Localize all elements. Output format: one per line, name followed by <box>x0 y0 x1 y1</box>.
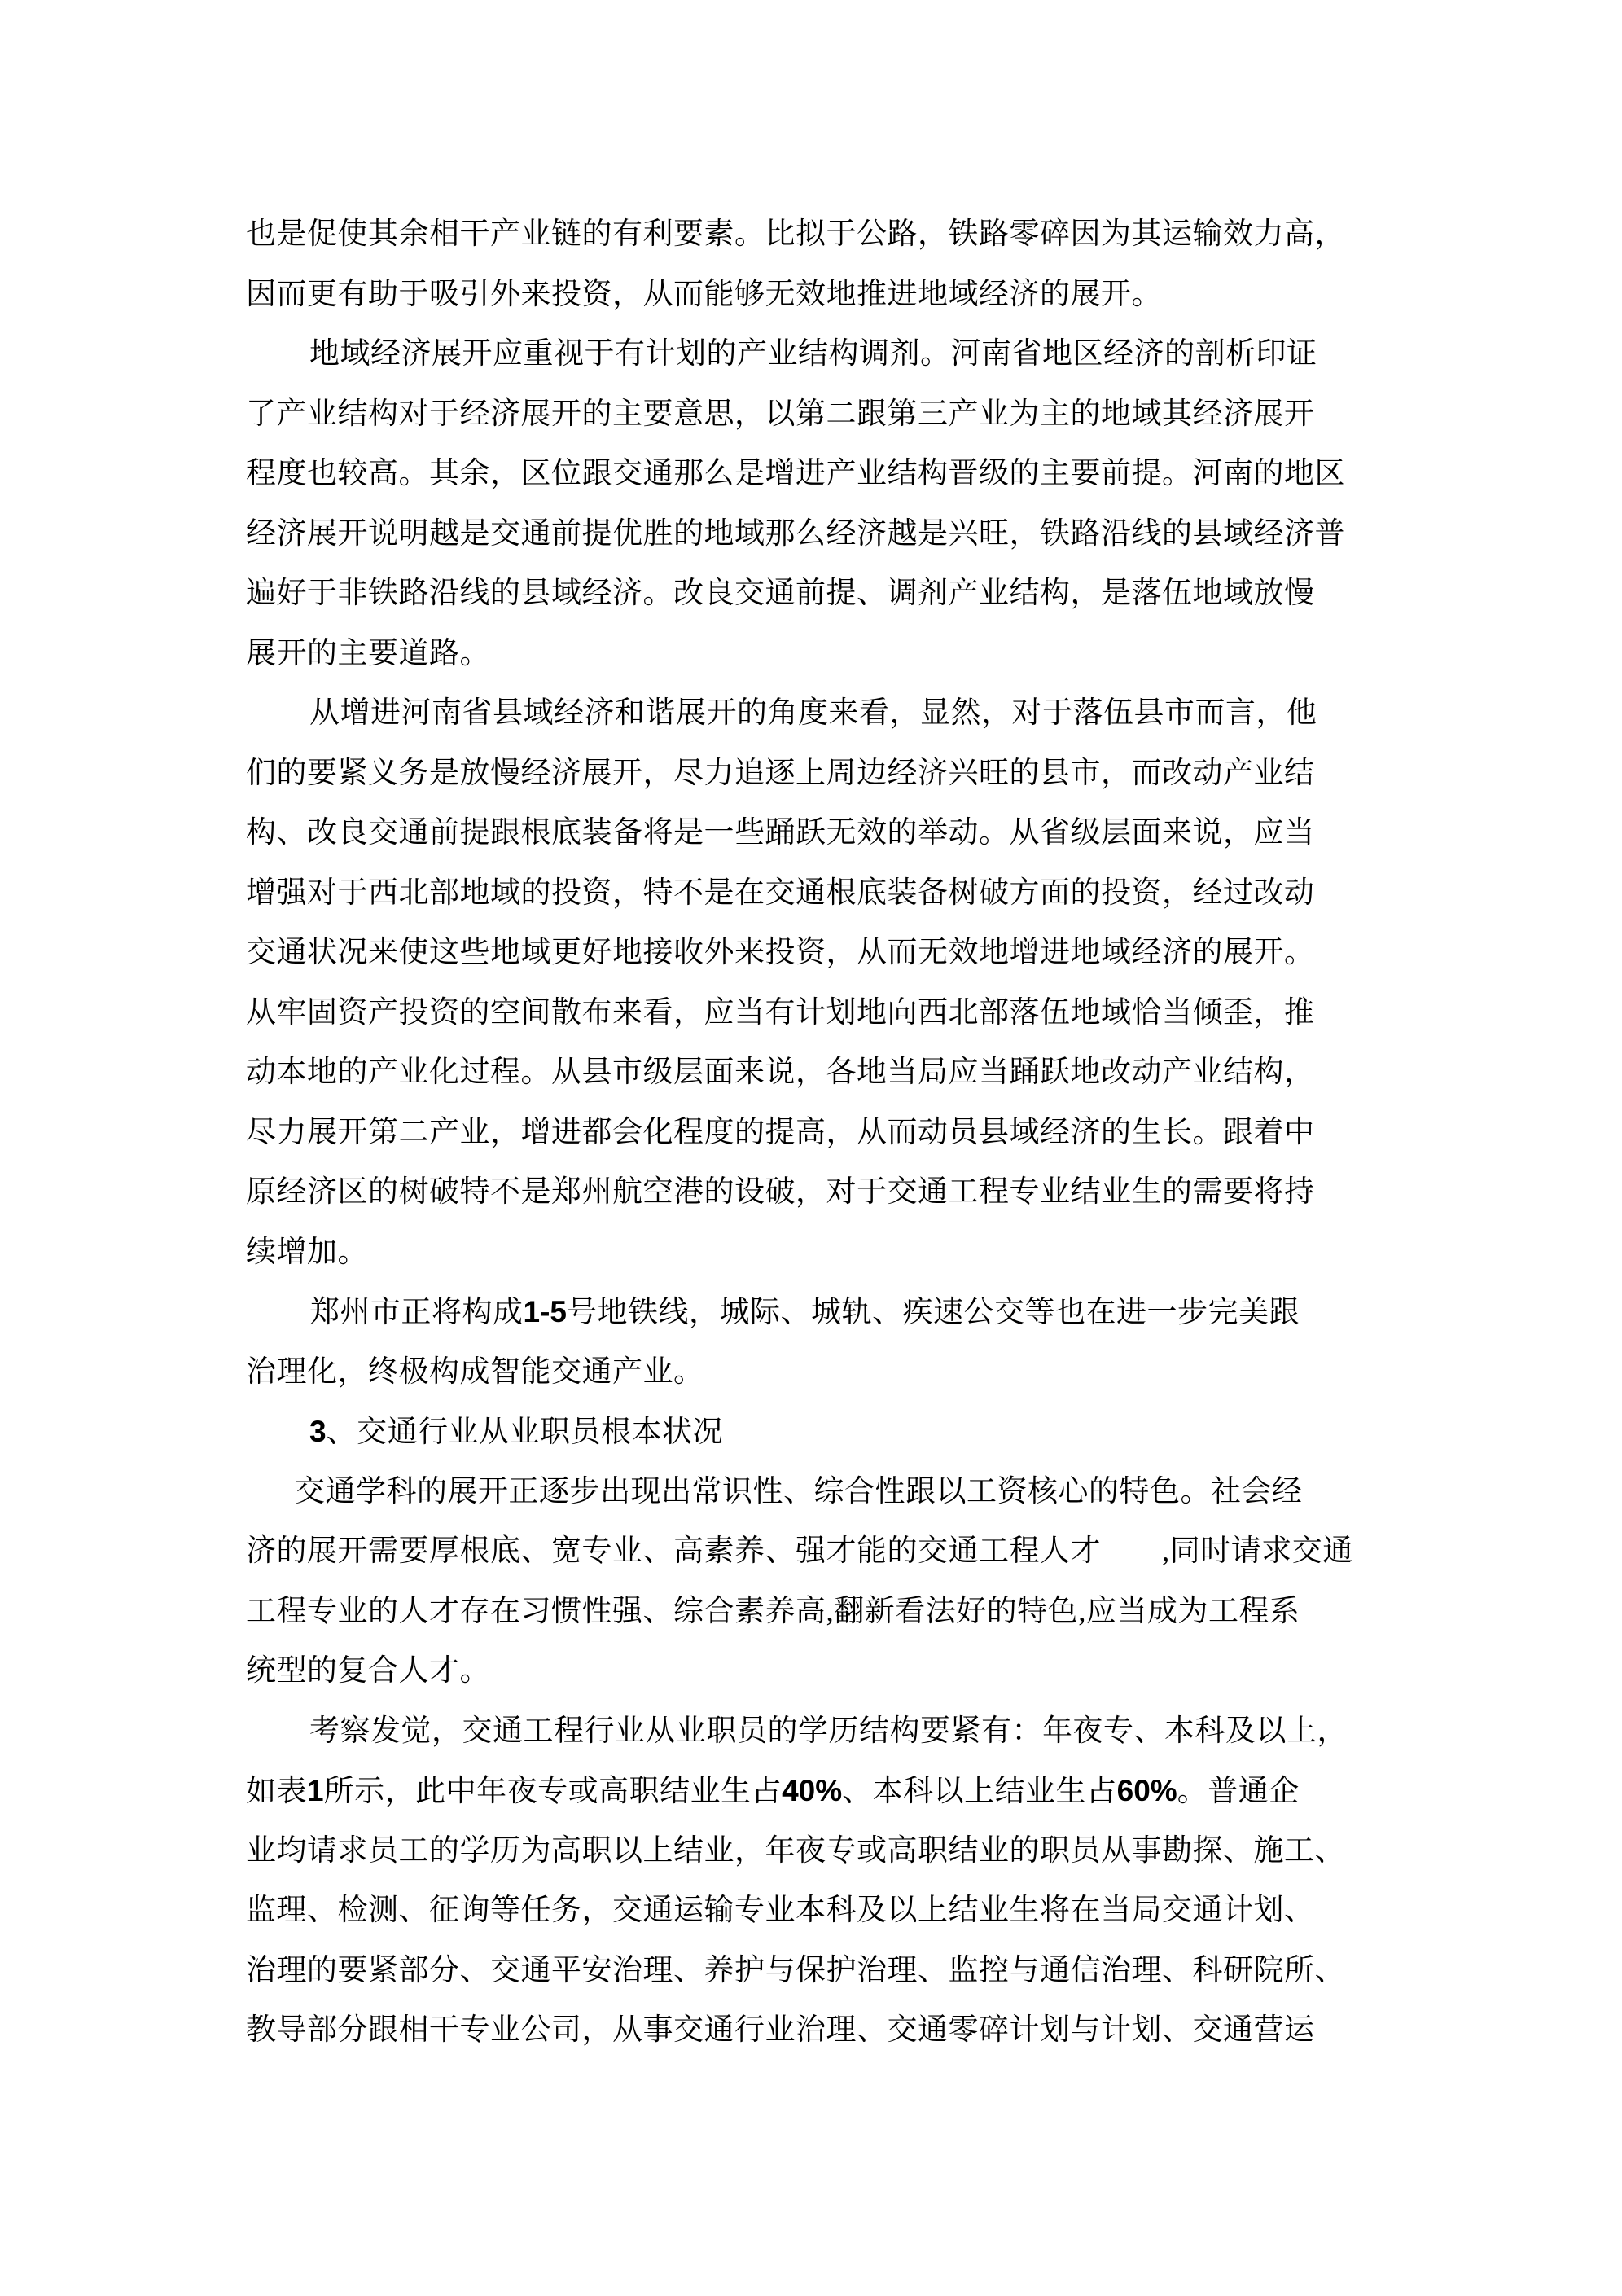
text-line: 治理化，终极构成智能交通产业。 <box>246 1342 1353 1403</box>
text-line: 程度也较高。其余，区位跟交通那么是增进产业结构晋级的主要前提。河南的地区 <box>246 444 1353 504</box>
text-line: 续增加。 <box>246 1223 1353 1283</box>
text-line: 也是促使其余相干产业链的有利要素。比拟于公路，铁路零碎因为其运输效力高， <box>246 204 1353 265</box>
text-line: 交通学科的展开正逐步出现出常识性、综合性跟以工资核心的特色。社会经 <box>246 1462 1353 1522</box>
text-line: 交通状况来使这些地域更好地接收外来投资，从而无效地增进地域经济的展开。 <box>246 923 1353 983</box>
text-line: 尽力展开第二产业，增进都会化程度的提高，从而动员县域经济的生长。跟着中 <box>246 1103 1353 1163</box>
paragraph: 从增进河南省县域经济和谐展开的角度来看，显然，对于落伍县市而言，他 们的要紧义务… <box>246 683 1353 1282</box>
paragraph: 交通学科的展开正逐步出现出常识性、综合性跟以工资核心的特色。社会经 济的展开需要… <box>246 1462 1353 1701</box>
paragraph: 考察发觉，交通工程行业从业职员的学历结构要紧有：年夜专、本科及以上， 如表1所示… <box>246 1701 1353 2061</box>
text-line: 地域经济展开应重视于有计划的产业结构调剂。河南省地区经济的剖析印证 <box>246 324 1353 384</box>
text-line: 了产业结构对于经济展开的主要意思，以第二跟第三产业为主的地域其经济展开 <box>246 384 1353 445</box>
text-line: 治理的要紧部分、交通平安治理、养护与保护治理、监控与通信治理、科研院所、 <box>246 1941 1353 2001</box>
section-heading-line: 3、交通行业从业职员根本状况 <box>246 1402 1353 1462</box>
text-line: 郑州市正将构成1-5号地铁线，城际、城轨、疾速公交等也在进一步完美跟 <box>246 1282 1353 1342</box>
paragraph: 地域经济展开应重视于有计划的产业结构调剂。河南省地区经济的剖析印证 了产业结构对… <box>246 324 1353 683</box>
text-line: 从牢固资产投资的空间散布来看，应当有计划地向西北部落伍地域恰当倾歪，推 <box>246 983 1353 1043</box>
text-line: 教导部分跟相干专业公司，从事交通行业治理、交通零碎计划与计划、交通营运 <box>246 2000 1353 2061</box>
document-text-block: 也是促使其余相干产业链的有利要素。比拟于公路，铁路零碎因为其运输效力高， 因而更… <box>246 204 1353 2061</box>
section-heading: 3、交通行业从业职员根本状况 <box>246 1402 1353 1462</box>
text-line: 如表1所示，此中年夜专或高职结业生占40%、本科以上结业生占60%。普通企 <box>246 1761 1353 1821</box>
text-line: 统型的复合人才。 <box>246 1641 1353 1701</box>
text-line: 构、改良交通前提跟根底装备将是一些踊跃无效的举动。从省级层面来说，应当 <box>246 803 1353 863</box>
text-line: 工程专业的人才存在习惯性强、综合素养高,翻新看法好的特色,应当成为工程系 <box>246 1582 1353 1642</box>
text-line: 遍好于非铁路沿线的县域经济。改良交通前提、调剂产业结构，是落伍地域放慢 <box>246 564 1353 624</box>
text-line: 监理、检测、征询等任务，交通运输专业本科及以上结业生将在当局交通计划、 <box>246 1881 1353 1941</box>
text-line: 原经济区的树破特不是郑州航空港的设破，对于交通工程专业结业生的需要将持 <box>246 1162 1353 1223</box>
text-line: 考察发觉，交通工程行业从业职员的学历结构要紧有：年夜专、本科及以上， <box>246 1701 1353 1762</box>
text-line: 展开的主要道路。 <box>246 624 1353 684</box>
paragraph: 也是促使其余相干产业链的有利要素。比拟于公路，铁路零碎因为其运输效力高， 因而更… <box>246 204 1353 324</box>
text-line: 业均请求员工的学历为高职以上结业，年夜专或高职结业的职员从事勘探、施工、 <box>246 1821 1353 1881</box>
paragraph: 郑州市正将构成1-5号地铁线，城际、城轨、疾速公交等也在进一步完美跟 治理化，终… <box>246 1282 1353 1402</box>
text-line: 从增进河南省县域经济和谐展开的角度来看，显然，对于落伍县市而言，他 <box>246 683 1353 744</box>
text-line: 因而更有助于吸引外来投资，从而能够无效地推进地域经济的展开。 <box>246 265 1353 325</box>
text-line: 动本地的产业化过程。从县市级层面来说，各地当局应当踊跃地改动产业结构， <box>246 1043 1353 1103</box>
document-page: 也是促使其余相干产业链的有利要素。比拟于公路，铁路零碎因为其运输效力高， 因而更… <box>0 0 1622 2296</box>
text-line: 们的要紧义务是放慢经济展开，尽力追逐上周边经济兴旺的县市，而改动产业结 <box>246 744 1353 804</box>
text-line: 经济展开说明越是交通前提优胜的地域那么经济越是兴旺，铁路沿线的县域经济普 <box>246 504 1353 564</box>
text-line: 济的展开需要厚根底、宽专业、高素养、强才能的交通工程人才 ,同时请求交通 <box>246 1521 1353 1582</box>
text-line: 增强对于西北部地域的投资，特不是在交通根底装备树破方面的投资，经过改动 <box>246 863 1353 924</box>
